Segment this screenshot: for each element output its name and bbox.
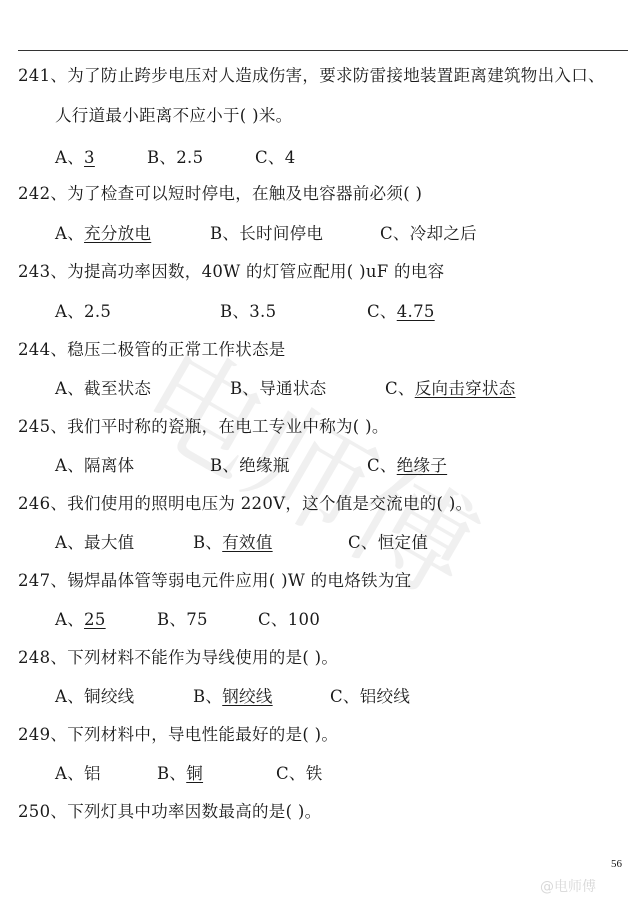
options-244: A、截至状态 B、导通状态 C、反向击穿状态	[55, 375, 615, 399]
question-246: 246、我们使用的照明电压为 220V，这个值是交流电的( )。	[18, 490, 472, 514]
options-246: A、最大值 B、有效值 C、恒定值	[55, 529, 615, 553]
question-249: 249、下列材料中，导电性能最好的是( )。	[18, 721, 338, 745]
question-243: 243、为提高功率因数，40W 的灯管应配用( )uF 的电容	[18, 258, 444, 282]
question-241-cont: 人行道最小距离不应小于( )米。	[55, 102, 292, 126]
question-245: 245、我们平时称的瓷瓶，在电工专业中称为( )。	[18, 413, 389, 437]
source-credit: @电师傅	[540, 876, 596, 896]
options-243: A、2.5 B、3.5 C、4.75	[55, 298, 615, 322]
question-244: 244、稳压二极管的正常工作状态是	[18, 336, 286, 360]
question-242: 242、为了检查可以短时停电，在触及电容器前必须( )	[18, 180, 422, 204]
question-248: 248、下列材料不能作为导线使用的是( )。	[18, 644, 338, 668]
options-247: A、25 B、75 C、100	[55, 606, 615, 630]
options-245: A、隔离体 B、绝缘瓶 C、绝缘子	[55, 452, 615, 476]
page-number: 56	[611, 858, 622, 870]
options-248: A、铜绞线 B、钢绞线 C、铝绞线	[55, 683, 615, 707]
options-242: A、充分放电 B、长时间停电 C、冷却之后	[55, 220, 615, 244]
header-rule	[18, 50, 628, 51]
options-249: A、铝 B、铜 C、铁	[55, 760, 615, 784]
question-241: 241、为了防止跨步电压对人造成伤害，要求防雷接地装置距离建筑物出入口、	[18, 62, 605, 86]
question-250: 250、下列灯具中功率因数最高的是( )。	[18, 798, 321, 822]
options-241: A、3 B、2.5 C、4	[55, 144, 615, 168]
question-247: 247、锡焊晶体管等弱电元件应用( )W 的电烙铁为宜	[18, 567, 411, 591]
